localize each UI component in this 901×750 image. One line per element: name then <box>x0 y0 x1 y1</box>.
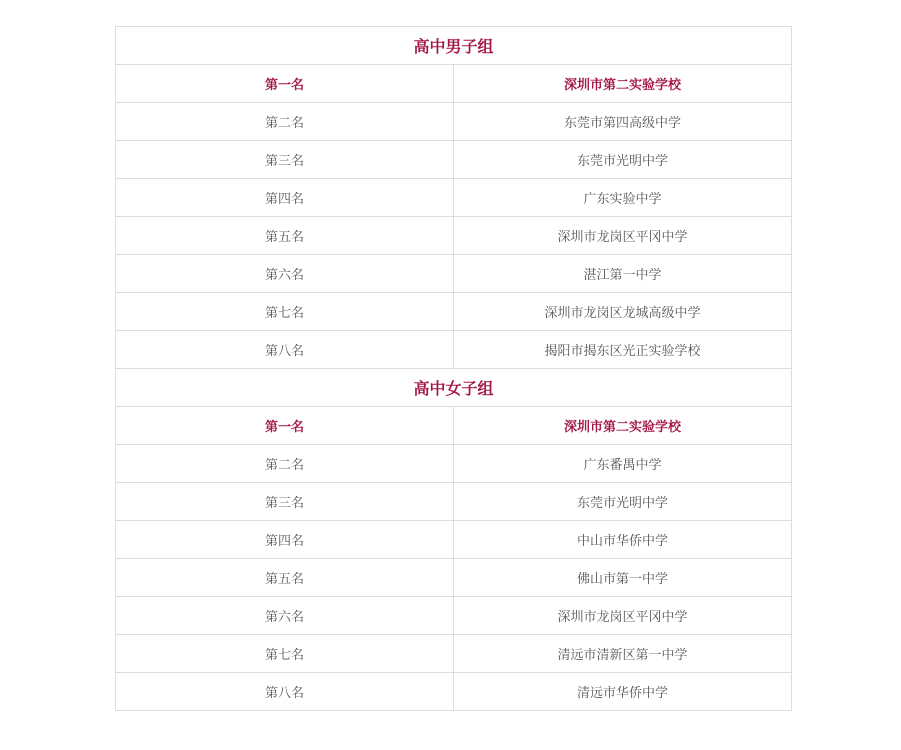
school-cell: 深圳市第二实验学校 <box>454 65 792 103</box>
school-cell: 深圳市龙岗区平冈中学 <box>454 217 792 255</box>
school-cell: 深圳市龙岗区龙城高级中学 <box>454 293 792 331</box>
rank-cell: 第八名 <box>116 673 454 711</box>
rank-cell: 第四名 <box>116 179 454 217</box>
group-title: 高中男子组 <box>116 27 792 65</box>
rank-cell: 第七名 <box>116 293 454 331</box>
table-row: 第二名 东莞市第四高级中学 <box>116 103 792 141</box>
table-row: 第五名 深圳市龙岗区平冈中学 <box>116 217 792 255</box>
table-row: 第三名 东莞市光明中学 <box>116 141 792 179</box>
rank-cell: 第三名 <box>116 141 454 179</box>
rank-cell: 第六名 <box>116 255 454 293</box>
rank-cell: 第四名 <box>116 521 454 559</box>
table-row: 第六名 湛江第一中学 <box>116 255 792 293</box>
results-table: 高中男子组 第一名 深圳市第二实验学校 第二名 东莞市第四高级中学 第三名 东莞… <box>115 26 792 711</box>
school-cell: 东莞市第四高级中学 <box>454 103 792 141</box>
table-row: 第八名 揭阳市揭东区光正实验学校 <box>116 331 792 369</box>
school-cell: 湛江第一中学 <box>454 255 792 293</box>
rank-cell: 第六名 <box>116 597 454 635</box>
school-cell: 东莞市光明中学 <box>454 483 792 521</box>
table-row: 第三名 东莞市光明中学 <box>116 483 792 521</box>
group-title: 高中女子组 <box>116 369 792 407</box>
table-row: 第四名 广东实验中学 <box>116 179 792 217</box>
table-row: 第一名 深圳市第二实验学校 <box>116 65 792 103</box>
rank-cell: 第二名 <box>116 445 454 483</box>
school-cell: 揭阳市揭东区光正实验学校 <box>454 331 792 369</box>
rank-cell: 第五名 <box>116 217 454 255</box>
table-row: 第一名 深圳市第二实验学校 <box>116 407 792 445</box>
school-cell: 广东实验中学 <box>454 179 792 217</box>
school-cell: 佛山市第一中学 <box>454 559 792 597</box>
group-header-row: 高中男子组 <box>116 27 792 65</box>
rank-cell: 第五名 <box>116 559 454 597</box>
rank-cell: 第七名 <box>116 635 454 673</box>
table-row: 第二名 广东番禺中学 <box>116 445 792 483</box>
group-header-row: 高中女子组 <box>116 369 792 407</box>
school-cell: 东莞市光明中学 <box>454 141 792 179</box>
school-cell: 广东番禺中学 <box>454 445 792 483</box>
school-cell: 深圳市龙岗区平冈中学 <box>454 597 792 635</box>
rank-cell: 第二名 <box>116 103 454 141</box>
rank-cell: 第三名 <box>116 483 454 521</box>
table-row: 第七名 清远市清新区第一中学 <box>116 635 792 673</box>
table-row: 第四名 中山市华侨中学 <box>116 521 792 559</box>
table-row: 第五名 佛山市第一中学 <box>116 559 792 597</box>
table-row: 第七名 深圳市龙岗区龙城高级中学 <box>116 293 792 331</box>
rank-cell: 第一名 <box>116 407 454 445</box>
rank-cell: 第一名 <box>116 65 454 103</box>
school-cell: 中山市华侨中学 <box>454 521 792 559</box>
school-cell: 清远市华侨中学 <box>454 673 792 711</box>
table-row: 第六名 深圳市龙岗区平冈中学 <box>116 597 792 635</box>
rank-cell: 第八名 <box>116 331 454 369</box>
school-cell: 深圳市第二实验学校 <box>454 407 792 445</box>
school-cell: 清远市清新区第一中学 <box>454 635 792 673</box>
table-row: 第八名 清远市华侨中学 <box>116 673 792 711</box>
